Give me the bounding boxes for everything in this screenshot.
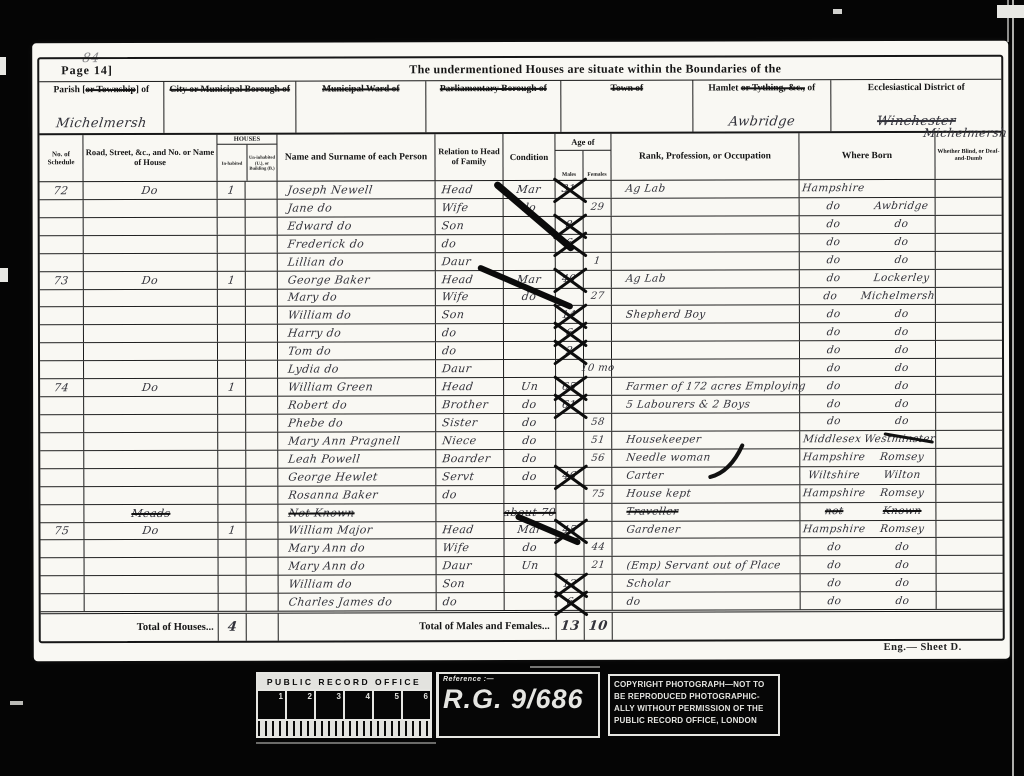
film-edge-mark (833, 9, 842, 14)
uninhabited-cell (246, 433, 278, 450)
blind-cell (936, 234, 1002, 251)
occupation-cell: House kept (612, 485, 800, 502)
road-cell (84, 415, 218, 432)
road-cell (84, 289, 218, 306)
condition-cell: do (504, 432, 556, 449)
name-cell: Not Known (278, 504, 436, 521)
col-header-schedule: No. of Schedule (39, 135, 83, 181)
film-edge-mark (10, 701, 23, 705)
occupation-cell: Traveller (612, 503, 800, 520)
col-header-relation: Relation to Head of Family (435, 134, 503, 180)
ruler-number: 1 (258, 691, 287, 720)
road-cell: Do (84, 522, 218, 539)
condition-cell: do (504, 450, 556, 467)
name-cell: Leah Powell (278, 450, 436, 467)
age-female-cell: 10 mo (584, 360, 612, 377)
where-born-cell: doAwbridge (800, 198, 936, 215)
condition-cell (505, 593, 557, 610)
col-header-houses: HOUSES In-habited Un-inhabited (U.), or … (217, 135, 277, 181)
relation-cell: Brother (436, 396, 504, 413)
occupation-cell (612, 234, 800, 251)
age-female-cell (584, 396, 612, 413)
schedule-cell (40, 469, 84, 486)
age-male-cell: 2 (556, 342, 584, 359)
census-page-scan: 84 Page 14] The undermentioned Houses ar… (32, 41, 1010, 662)
ruler-number: 3 (316, 691, 345, 720)
road-cell (84, 253, 218, 270)
condition-cell (504, 486, 556, 503)
uninhabited-cell (247, 576, 279, 593)
blind-cell (936, 538, 1002, 555)
road-cell (84, 343, 218, 360)
relation-cell: Son (436, 217, 504, 234)
road-cell (85, 558, 219, 575)
age-male-cell (556, 486, 584, 503)
inhabited-cell (218, 325, 246, 342)
relation-cell: Boarder (436, 450, 504, 467)
condition-cell: do (504, 199, 556, 216)
film-edge-mark (0, 57, 6, 75)
condition-cell (504, 306, 556, 323)
film-edge-line (1007, 0, 1009, 42)
occupation-cell (612, 252, 800, 269)
district-header-row: Parish [or Township] ofMichelmershCity o… (39, 80, 1001, 136)
age-male-cell (557, 557, 585, 574)
uninhabited-cell (246, 397, 278, 414)
total-houses-value: 4 (227, 620, 238, 635)
occupation-cell (612, 288, 800, 305)
column-header-row: No. of Schedule Road, Street, &c., and N… (39, 133, 1001, 183)
relation-cell: do (436, 342, 504, 359)
occupation-cell (612, 413, 800, 430)
name-cell: Jane do (278, 199, 436, 216)
uninhabited-cell (246, 415, 278, 432)
where-born-cell: dodo (800, 305, 936, 322)
condition-cell (504, 324, 556, 341)
inhabited-cell (218, 235, 246, 252)
condition-cell: do (504, 414, 556, 431)
uninhabited-cell (246, 325, 278, 342)
age-female-cell (584, 324, 612, 341)
reference-box: Reference :— R.G. 9/686 (436, 672, 600, 738)
reference-label: Reference :— (443, 676, 594, 683)
condition-cell (504, 342, 556, 359)
inhabited-cell (218, 253, 246, 270)
age-male-cell: 14 (556, 306, 584, 323)
name-cell: Mary Ann do (279, 558, 437, 575)
copyright-line: ALLY WITHOUT PERMISSION OF THE (614, 703, 774, 715)
occupation-cell: Carter (612, 467, 800, 484)
age-male-cell: 6 (556, 235, 584, 252)
condition-cell: Un (505, 557, 557, 574)
district-header-cell: Municipal Ward of (296, 81, 426, 132)
age-female-cell (584, 503, 612, 520)
district-handwritten-value: Michelmersh (851, 126, 1009, 140)
condition-cell: do (504, 396, 556, 413)
inhabited-cell: 1 (218, 379, 246, 396)
inhabited-cell (218, 307, 246, 324)
road-cell (84, 218, 218, 235)
totals-spacer (613, 612, 1003, 640)
uninhabited-cell (246, 235, 278, 252)
where-born-cell: HampshireRomsey (800, 485, 936, 502)
condition-cell: about 70 (504, 504, 556, 521)
occupation-cell: Scholar (613, 575, 801, 592)
copyright-line: COPYRIGHT PHOTOGRAPH—NOT TO (614, 679, 774, 691)
occupation-cell: Housekeeper (612, 431, 800, 448)
census-table-frame: Page 14] The undermentioned Houses are s… (37, 55, 1005, 644)
age-male-cell: 8 (556, 217, 584, 234)
age-male-cell (556, 288, 584, 305)
inhabited-cell: 1 (218, 271, 246, 288)
road-cell (84, 361, 218, 378)
total-males-value: 13 (560, 619, 581, 634)
age-female-cell: 44 (584, 539, 612, 556)
name-cell: Edward do (278, 217, 436, 234)
blind-cell (936, 269, 1002, 286)
col-header-inhabited: In-habited (217, 145, 247, 181)
film-edge-mark (0, 268, 8, 282)
total-houses-label: Total of Houses... (41, 614, 219, 641)
occupation-cell (612, 359, 800, 376)
where-born-cell: HampshireRomsey (800, 520, 936, 537)
district-header-cell: Parliamentary Borough of (426, 81, 561, 132)
uninhabited-cell (246, 486, 278, 503)
condition-cell (504, 253, 556, 270)
road-cell (84, 397, 218, 414)
name-cell: Lillian do (278, 253, 436, 270)
name-cell: Harry do (278, 325, 436, 342)
where-born-cell: doLockerley (800, 270, 936, 287)
blind-cell (936, 323, 1002, 340)
blind-cell (937, 574, 1003, 591)
road-cell: Do (84, 271, 218, 288)
age-male-cell: 65 (556, 378, 584, 395)
where-born-cell: dodo (800, 252, 936, 269)
condition-cell (504, 360, 556, 377)
name-cell: Charles James do (279, 593, 437, 610)
district-handwritten-value: Michelmersh (39, 116, 165, 131)
uninhabited-cell (247, 558, 279, 575)
where-born-cell: dodo (800, 359, 936, 376)
schedule-cell (40, 343, 84, 360)
where-born-cell: WiltshireWilton (800, 467, 936, 484)
blind-cell (937, 556, 1003, 573)
schedule-cell (40, 451, 84, 468)
name-cell: Joseph Newell (278, 181, 436, 198)
where-born-cell: doMichelmersh (800, 287, 936, 304)
col-header-rank: Rank, Profession, or Occupation (611, 133, 799, 179)
where-born-cell: MiddlesexWestminster (800, 431, 936, 448)
blind-cell (936, 287, 1002, 304)
age-female-cell (585, 593, 613, 610)
inhabited-cell (218, 504, 246, 521)
name-cell: Mary Ann do (278, 540, 436, 557)
col-header-condition: Condition (503, 134, 555, 180)
road-cell (84, 486, 218, 503)
road-cell (84, 325, 218, 342)
uninhabited-cell (246, 271, 278, 288)
schedule-cell (40, 200, 84, 217)
inhabited-cell (218, 433, 246, 450)
name-cell: George Hewlet (278, 468, 436, 485)
age-male-cell (556, 503, 584, 520)
col-header-females: Females (583, 151, 610, 180)
inhabited-cell (218, 397, 246, 414)
age-female-cell: 75 (584, 485, 612, 502)
relation-cell: Head (436, 522, 504, 539)
totals-spacer (247, 614, 279, 641)
uninhabited-cell (246, 307, 278, 324)
page-header-row: Page 14] The undermentioned Houses are s… (39, 57, 1001, 83)
age-male-cell: 6 (557, 593, 585, 610)
relation-cell: do (436, 486, 504, 503)
totals-row: Total of Houses... 4 Total of Males and … (41, 609, 1003, 642)
name-cell: William do (278, 307, 436, 324)
age-female-cell (584, 521, 612, 538)
copyright-line: PUBLIC RECORD OFFICE, LONDON (614, 715, 774, 727)
blind-cell (936, 359, 1002, 376)
inhabited-cell: 1 (218, 182, 246, 199)
occupation-cell: Shepherd Boy (612, 306, 800, 323)
relation-cell: Son (437, 575, 505, 592)
schedule-cell (41, 594, 85, 611)
uninhabited-cell (246, 379, 278, 396)
condition-cell (505, 575, 557, 592)
inhabited-cell (218, 468, 246, 485)
inhabited-cell (218, 343, 246, 360)
occupation-cell (612, 539, 800, 556)
total-persons-label: Total of Males and Females... (279, 613, 557, 641)
road-cell: Do (84, 182, 218, 199)
inhabited-cell (218, 361, 246, 378)
total-females-value: 10 (588, 619, 609, 634)
condition-cell (504, 217, 556, 234)
copyright-line: BE REPRODUCED PHOTOGRAPHIC- (614, 691, 774, 703)
blind-cell (937, 592, 1003, 609)
uninhabited-cell (246, 182, 278, 199)
schedule-cell (40, 254, 84, 271)
schedule-cell (41, 559, 85, 576)
age-male-cell: 45 (556, 521, 584, 538)
schedule-cell: 75 (40, 523, 84, 540)
condition-cell: Mar (504, 181, 556, 198)
relation-cell: Son (436, 306, 504, 323)
relation-cell: Sister (436, 414, 504, 431)
age-female-cell (584, 306, 612, 323)
film-edge-line (1012, 0, 1014, 776)
sheet-footer-label: Eng.— Sheet D. (884, 642, 962, 653)
schedule-cell: 73 (40, 272, 84, 289)
schedule-cell (40, 308, 84, 325)
blind-cell (936, 484, 1002, 501)
age-male-cell (556, 360, 584, 377)
occupation-cell: 5 Labourers & 2 Boys (612, 395, 800, 412)
district-header-cell: City or Municipal Borough of (164, 82, 296, 133)
age-male-cell: 31 (556, 181, 584, 198)
schedule-cell (40, 433, 84, 450)
schedule-cell (40, 290, 84, 307)
uninhabited-cell (246, 253, 278, 270)
where-born-cell: notKnown (800, 503, 936, 520)
condition-cell: Mar (504, 521, 556, 538)
col-header-age-label: Age of (555, 134, 610, 151)
census-record-row: Charles James dodo6dododo (41, 592, 1003, 611)
inhabited-cell (218, 486, 246, 503)
schedule-cell (40, 361, 84, 378)
uninhabited-cell (246, 450, 278, 467)
ruler-number: 2 (287, 691, 316, 720)
occupation-cell: Ag Lab (612, 180, 800, 197)
name-cell: William do (279, 576, 437, 593)
name-cell: Mary do (278, 289, 436, 306)
uninhabited-cell (247, 594, 279, 611)
relation-cell: Daur (436, 360, 504, 377)
name-cell: Tom do (278, 343, 436, 360)
relation-cell: Wife (436, 539, 504, 556)
district-header-cell: Parish [or Township] ofMichelmersh (39, 82, 164, 133)
inhabited-cell: 1 (218, 522, 246, 539)
name-cell: William Green (278, 378, 436, 395)
blind-cell (936, 413, 1002, 430)
occupation-cell (612, 198, 800, 215)
age-female-cell: 27 (584, 288, 612, 305)
where-born-cell: dodo (800, 234, 936, 251)
occupation-cell: Needle woman (612, 449, 800, 466)
condition-cell: do (504, 539, 556, 556)
relation-cell: Head (436, 181, 504, 198)
road-cell (84, 451, 218, 468)
relation-cell: Daur (437, 557, 505, 574)
copyright-notice: COPYRIGHT PHOTOGRAPH—NOT TOBE REPRODUCED… (608, 674, 780, 736)
road-cell: Do (84, 379, 218, 396)
where-born-cell: dodo (800, 377, 936, 394)
relation-cell: Daur (436, 253, 504, 270)
age-male-cell: 46 (556, 468, 584, 485)
where-born-cell: dodo (800, 395, 936, 412)
age-female-cell: 56 (584, 450, 612, 467)
name-cell: Rosanna Baker (278, 486, 436, 503)
blind-cell (936, 449, 1002, 466)
inhabited-cell (218, 218, 246, 235)
relation-cell: Servt (436, 468, 504, 485)
age-female-cell (585, 575, 613, 592)
name-cell: Mary Ann Pragnell (278, 432, 436, 449)
where-born-cell: dodo (800, 323, 936, 340)
film-edge-mark (997, 5, 1024, 18)
inhabited-cell (218, 200, 246, 217)
pro-ruler-box: PUBLIC RECORD OFFICE 123456 (256, 672, 432, 738)
age-male-cell: 12 (557, 575, 585, 592)
schedule-cell (40, 487, 84, 504)
blind-cell (936, 198, 1002, 215)
uninhabited-cell (246, 289, 278, 306)
age-female-cell: 58 (584, 414, 612, 431)
col-header-males: Males (555, 151, 583, 180)
age-male-cell (556, 539, 584, 556)
uninhabited-cell (246, 343, 278, 360)
district-header-cell: Ecclesiastical District ofWinchesterMich… (831, 80, 1001, 131)
condition-cell (504, 235, 556, 252)
name-cell: George Baker (278, 271, 436, 288)
age-male-cell: 6 (556, 324, 584, 341)
age-male-cell: 40 (556, 270, 584, 287)
where-born-cell: dodo (801, 574, 937, 591)
schedule-cell (41, 576, 85, 593)
age-male-cell (556, 414, 584, 431)
col-header-age: Age of Males Females (555, 134, 611, 180)
relation-cell: Head (436, 271, 504, 288)
blind-cell (936, 395, 1002, 412)
where-born-cell: dodo (800, 341, 936, 358)
schedule-cell: 72 (40, 182, 84, 199)
schedule-cell (40, 218, 84, 235)
road-cell (84, 540, 218, 557)
blind-cell (936, 520, 1002, 537)
relation-cell: Niece (436, 432, 504, 449)
occupation-cell: Gardener (612, 521, 800, 538)
col-header-name: Name and Surname of each Person (277, 134, 435, 180)
age-female-cell (584, 217, 612, 234)
name-cell: Frederick do (278, 235, 436, 252)
uninhabited-cell (246, 217, 278, 234)
film-scratch (256, 742, 436, 744)
schedule-cell (40, 415, 84, 432)
schedule-cell: 74 (40, 379, 84, 396)
condition-cell: Mar (504, 271, 556, 288)
uninhabited-cell (246, 361, 278, 378)
pro-office-label: PUBLIC RECORD OFFICE (258, 674, 430, 689)
inhabited-cell (219, 576, 247, 593)
age-female-cell: 21 (585, 557, 613, 574)
relation-cell: Wife (436, 199, 504, 216)
road-cell (85, 576, 219, 593)
road-cell (84, 200, 218, 217)
road-cell (84, 236, 218, 253)
where-born-cell: dodo (800, 216, 936, 233)
relation-cell: Wife (436, 289, 504, 306)
where-born-cell: dodo (800, 538, 936, 555)
uninhabited-cell (246, 468, 278, 485)
inhabited-cell (218, 451, 246, 468)
occupation-cell: do (613, 592, 801, 609)
ruler-number: 4 (345, 691, 374, 720)
inhabited-cell (219, 594, 247, 611)
age-male-cell (556, 199, 584, 216)
ruler-number: 6 (403, 691, 430, 720)
occupation-cell (612, 342, 800, 359)
road-cell (84, 307, 218, 324)
blind-cell (936, 502, 1002, 519)
blind-cell (936, 377, 1002, 394)
age-male-cell (556, 450, 584, 467)
age-female-cell (584, 342, 612, 359)
page-title: The undermentioned Houses are situate wi… (39, 60, 1001, 78)
uninhabited-cell (246, 522, 278, 539)
uninhabited-cell (246, 200, 278, 217)
occupation-cell (612, 216, 800, 233)
where-born-cell: dodo (800, 413, 936, 430)
uninhabited-cell (246, 504, 278, 521)
uninhabited-cell (246, 540, 278, 557)
schedule-cell (40, 505, 84, 522)
blind-cell (936, 251, 1002, 268)
age-male-cell (556, 253, 584, 270)
inhabited-cell (218, 415, 246, 432)
occupation-cell: Farmer of 172 acres Employing (612, 377, 800, 394)
age-female-cell (584, 270, 612, 287)
col-header-road: Road, Street, &c., and No. or Name of Ho… (83, 135, 217, 181)
